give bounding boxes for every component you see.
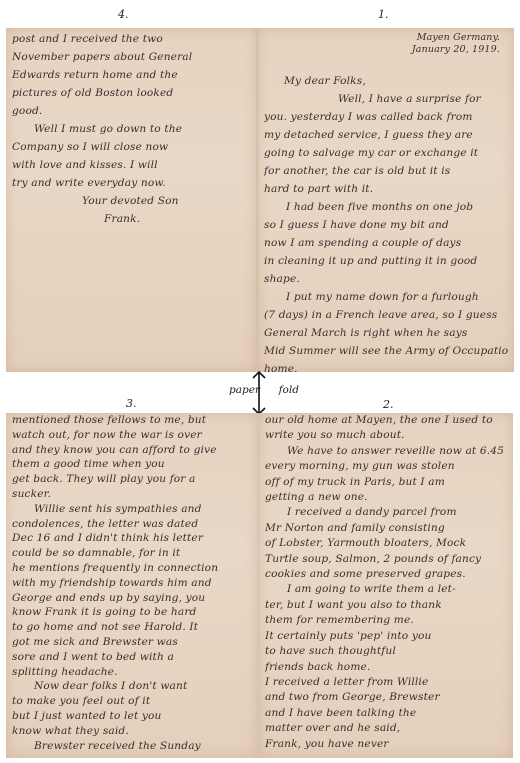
text-line: get back. They will play you for a: [12, 472, 252, 487]
text-line: Company so I will close now: [12, 138, 250, 156]
text-line: I received a letter from Willie: [265, 675, 507, 690]
text-line: know Frank it is going to be hard: [12, 605, 252, 620]
text-line: shape.: [264, 270, 508, 288]
text-line: but I just wanted to let you: [12, 709, 252, 724]
text-line: Brewster received the Sunday: [12, 739, 252, 754]
letter-page-3: mentioned those fellows to me, but watch…: [6, 413, 259, 758]
letter-date: January 20, 1919.: [264, 44, 508, 56]
text-line: write you so much about.: [265, 428, 507, 443]
text-line: splitting headache.: [12, 665, 252, 680]
text-line: Well I must go down to the: [12, 120, 250, 138]
text-line: going to salvage my car or exchange it: [264, 144, 508, 162]
letter-page-1: Mayen Germany. January 20, 1919. My dear…: [257, 28, 514, 372]
text-line: try and write everyday now.: [12, 174, 250, 192]
page-number-4: 4.: [118, 8, 129, 21]
text-line: know what they said.: [12, 724, 252, 739]
text-line: and I have been talking the: [265, 706, 507, 721]
text-line: my detached service, I guess they are: [264, 126, 508, 144]
text-line: matter over and he said,: [265, 721, 507, 736]
text-line: Well, I have a surprise for: [264, 90, 508, 108]
text-line: for another, the car is old but it is: [264, 162, 508, 180]
text-line: home.: [264, 360, 508, 372]
text-line: (7 days) in a French leave area, so I gu…: [264, 306, 508, 324]
text-line: to make you feel out of it: [12, 694, 252, 709]
text-line: he mentions frequently in connection: [12, 561, 252, 576]
text-line: sucker.: [12, 487, 252, 502]
text-line: good.: [12, 102, 250, 120]
letter-place: Mayen Germany.: [264, 32, 508, 44]
page-2-text: our old home at Mayen, the one I used to…: [259, 413, 513, 752]
letter-page-2: our old home at Mayen, the one I used to…: [259, 413, 513, 758]
text-line: could be so damnable, for in it: [12, 546, 252, 561]
text-line: of Lobster, Yarmouth bloaters, Mock: [265, 536, 507, 551]
text-line: you. yesterday I was called back from: [264, 108, 508, 126]
letter-page-4: post and I received the two November pap…: [6, 28, 257, 372]
fold-label-right: fold: [279, 384, 299, 396]
text-line: now I am spending a couple of days: [264, 234, 508, 252]
text-line: getting a new one.: [265, 490, 507, 505]
text-line: Mr Norton and family consisting: [265, 521, 507, 536]
text-line: to have such thoughtful: [265, 644, 507, 659]
text-line: got me sick and Brewster was: [12, 635, 252, 650]
text-line: with love and kisses. I will: [12, 156, 250, 174]
text-line: every morning, my gun was stolen: [265, 459, 507, 474]
text-line: I put my name down for a furlough: [264, 288, 508, 306]
page-number-2: 2.: [383, 398, 394, 411]
text-line: friends back home.: [265, 660, 507, 675]
text-line: Edwards return home and the: [12, 66, 250, 84]
text-line: off of my truck in Paris, but I am: [265, 475, 507, 490]
text-line: Mid Summer will see the Army of Occupati…: [264, 342, 508, 360]
text-line: post and I received the two: [12, 30, 250, 48]
text-line: Frank, you have never: [265, 737, 507, 752]
text-line: so I guess I have done my bit and: [264, 216, 508, 234]
text-line: cookies and some preserved grapes.: [265, 567, 507, 582]
text-line: General March is right when he says: [264, 324, 508, 342]
text-line: and they know you can afford to give: [12, 443, 252, 458]
text-line: our old home at Mayen, the one I used to: [265, 413, 507, 428]
text-line: mentioned those fellows to me, but: [12, 413, 252, 428]
text-line: with my friendship towards him and: [12, 576, 252, 591]
text-line: sore and I went to bed with a: [12, 650, 252, 665]
signature: Frank.: [12, 210, 250, 228]
closing: Your devoted Son: [12, 192, 250, 210]
page-number-1: 1.: [378, 8, 389, 21]
text-line: Dec 16 and I didn't think his letter: [12, 531, 252, 546]
paper-fold-label: paper fold: [229, 384, 299, 396]
page-3-text: mentioned those fellows to me, but watch…: [6, 413, 258, 753]
text-line: Willie sent his sympathies and: [12, 502, 252, 517]
text-line: watch out, for now the war is over: [12, 428, 252, 443]
page-4-text: post and I received the two November pap…: [6, 28, 256, 228]
text-line: pictures of old Boston looked: [12, 84, 250, 102]
text-line: to go home and not see Harold. It: [12, 620, 252, 635]
text-line: and two from George, Brewster: [265, 690, 507, 705]
text-line: It certainly puts 'pep' into you: [265, 629, 507, 644]
fold-label-left: paper: [229, 384, 260, 396]
text-line: November papers about General: [12, 48, 250, 66]
text-line: Now dear folks I don't want: [12, 679, 252, 694]
text-line: them a good time when you: [12, 457, 252, 472]
salutation: My dear Folks,: [264, 72, 508, 90]
text-line: condolences, the letter was dated: [12, 517, 252, 532]
page-1-text: Mayen Germany. January 20, 1919. My dear…: [258, 28, 514, 372]
text-line: hard to part with it.: [264, 180, 508, 198]
text-line: Turtle soup, Salmon, 2 pounds of fancy: [265, 552, 507, 567]
text-line: in cleaning it up and putting it in good: [264, 252, 508, 270]
text-line: I received a dandy parcel from: [265, 505, 507, 520]
text-line: ter, but I want you also to thank: [265, 598, 507, 613]
text-line: I had been five months on one job: [264, 198, 508, 216]
text-line: We have to answer reveille now at 6.45 A…: [265, 444, 507, 459]
text-line: I am going to write them a let-: [265, 582, 507, 597]
page-number-3: 3.: [126, 397, 137, 410]
text-line: them for remembering me.: [265, 613, 507, 628]
text-line: George and ends up by saying, you: [12, 591, 252, 606]
